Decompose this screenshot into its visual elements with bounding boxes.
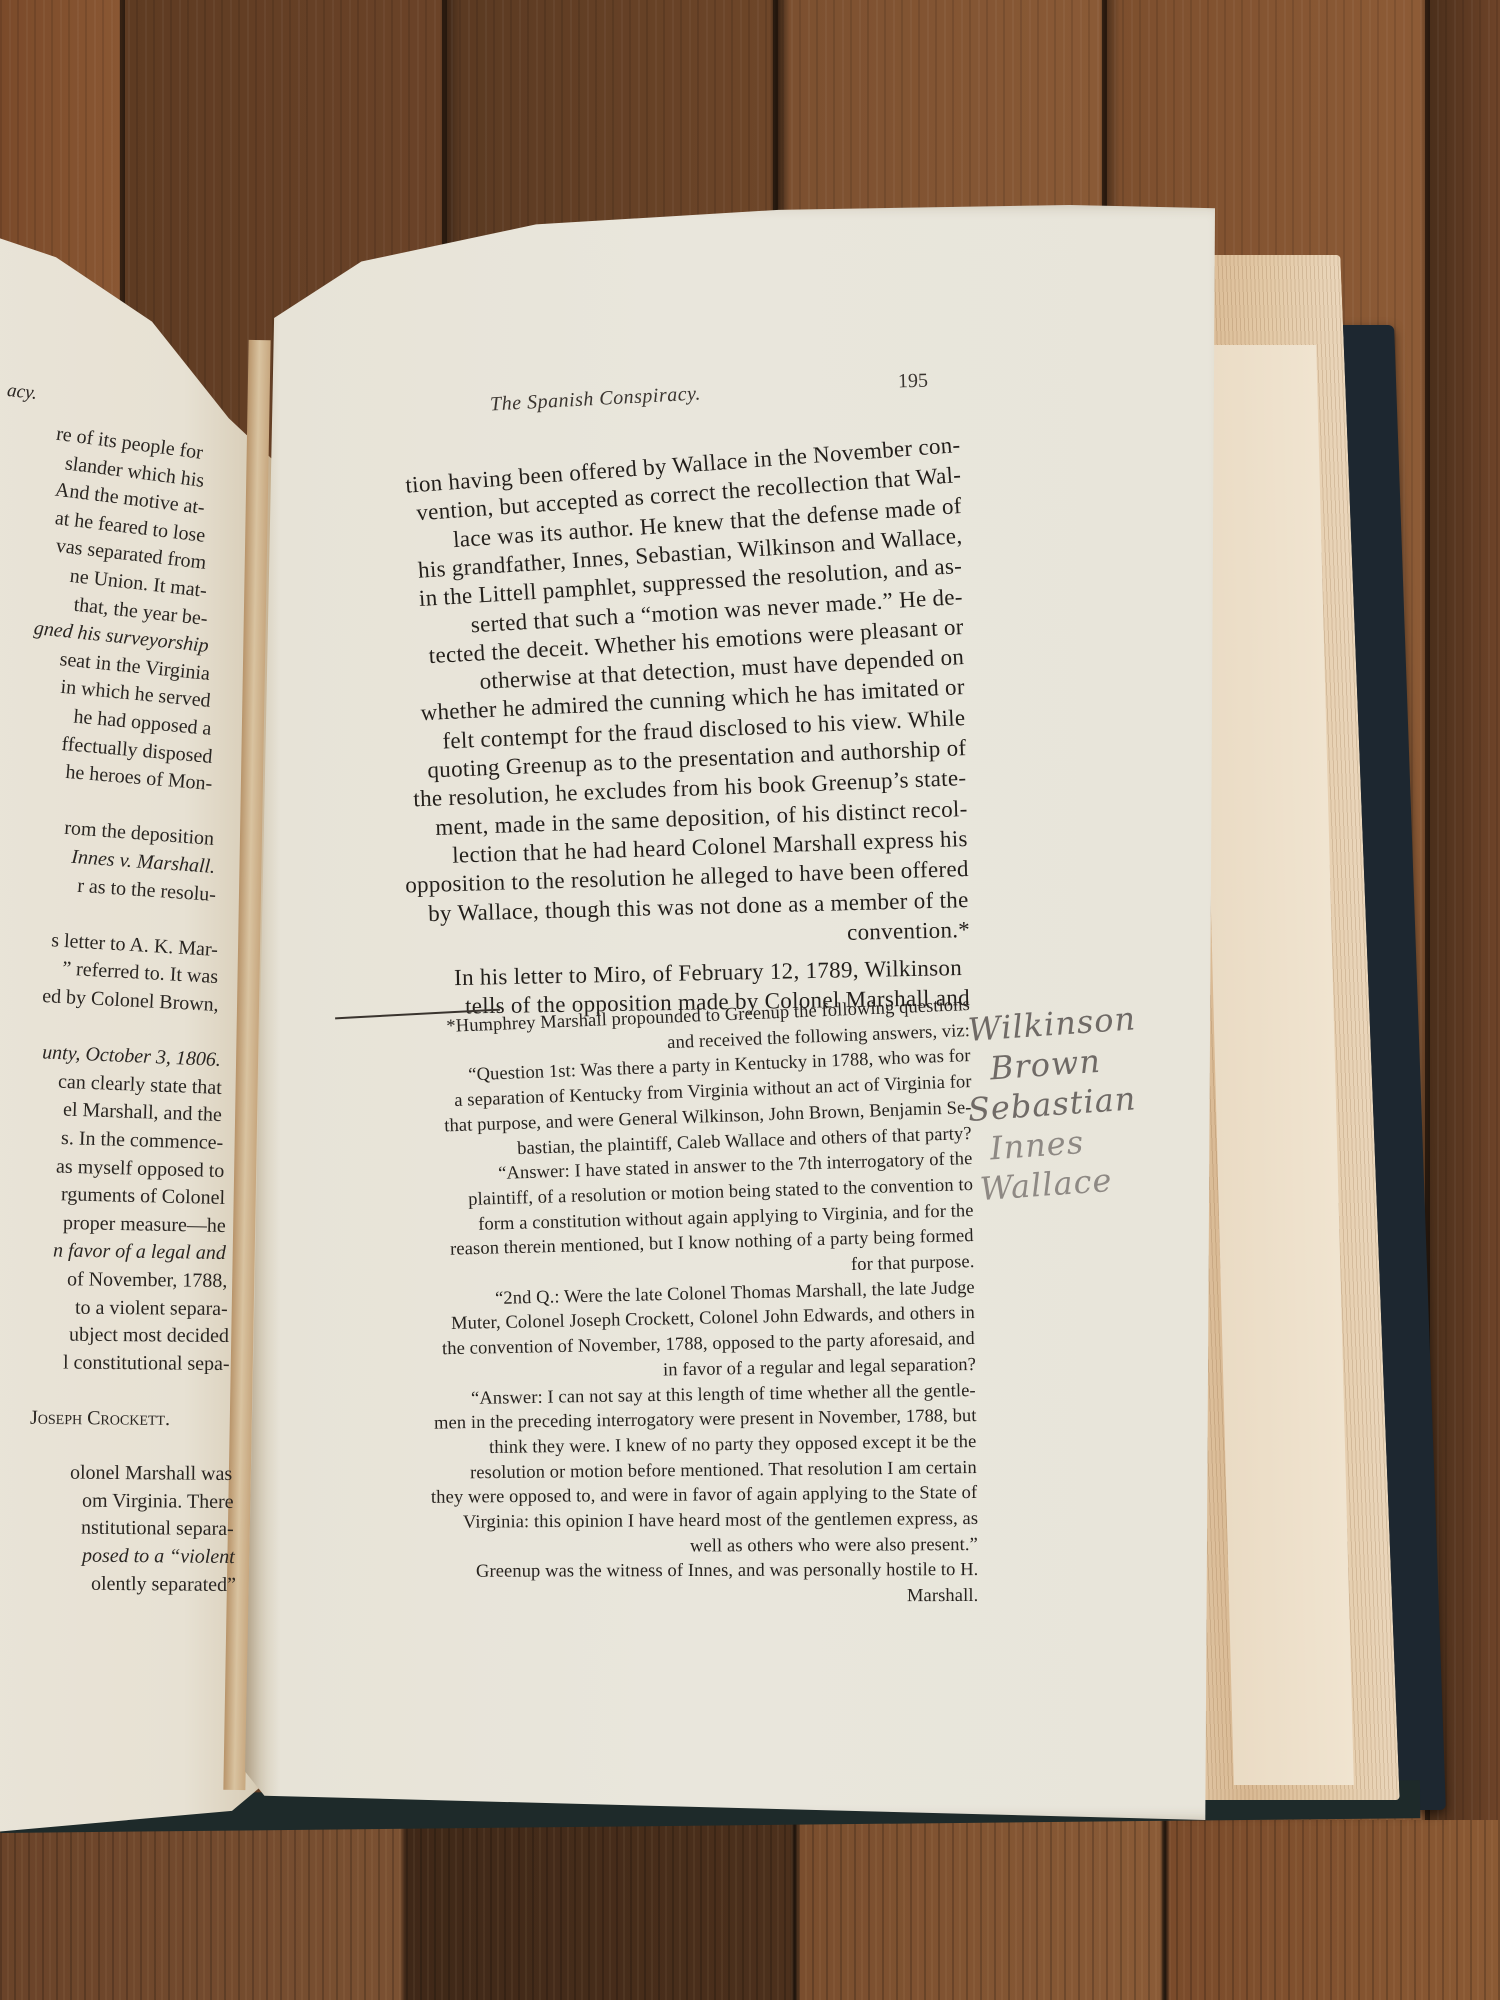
footnote-line: think they were. I knew of no party they… — [489, 1432, 977, 1459]
footnote-line: in favor of a regular and legal separati… — [662, 1355, 975, 1381]
footnote-line: Virginia: this opinion I have heard most… — [463, 1509, 978, 1534]
footnote-line: Greenup was the witness of Innes, and wa… — [476, 1560, 978, 1583]
body-line: convention.* — [846, 917, 970, 946]
right-page-content: The Spanish Conspiracy. 195 tion having … — [0, 0, 1500, 2000]
footnote-line: they were opposed to, and were in favor … — [431, 1483, 977, 1509]
margin-handwriting: Wilkinson Brown Sebastian Innes Wallace — [968, 1010, 1168, 1210]
footnote-line: resolution or motion before mentioned. T… — [470, 1458, 977, 1484]
footnote-line: men in the preceding interrogatory were … — [434, 1406, 977, 1435]
page-number: 195 — [898, 370, 929, 394]
footnote-line: Marshall. — [907, 1586, 978, 1607]
running-head: The Spanish Conspiracy. — [490, 382, 702, 416]
footnote-line: for that purpose. — [850, 1252, 974, 1276]
footnote-line: well as others who were also present.” — [690, 1535, 978, 1558]
footnote-line: “Answer: I can not say at this length of… — [471, 1381, 976, 1410]
